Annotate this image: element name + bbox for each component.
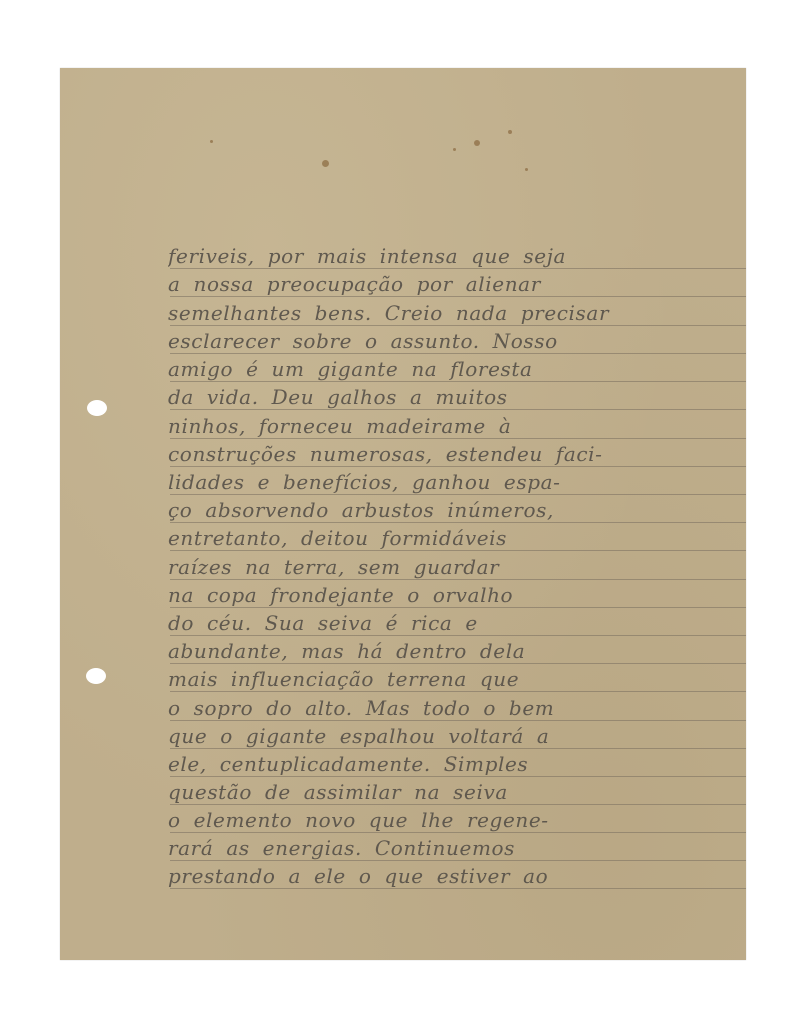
punch-hole-top (87, 400, 107, 416)
paper-stain (508, 130, 512, 134)
text-line: construções numerosas, estendeu faci- (168, 440, 743, 468)
text-line: a nossa preocupação por alienar (168, 270, 743, 298)
text-line: semelhantes bens. Creio nada precisar (168, 299, 743, 327)
text-line: o sopro do alto. Mas todo o bem (168, 694, 743, 722)
text-line: que o gigante espalhou voltará a (168, 722, 743, 750)
text-line: na copa frondejante o orvalho (168, 581, 743, 609)
paper-stain (474, 140, 480, 146)
text-line: prestando a ele o que estiver ao (168, 862, 743, 890)
paper-stain (210, 140, 213, 143)
text-line: raízes na terra, sem guardar (168, 553, 743, 581)
text-line: questão de assimilar na seiva (168, 778, 743, 806)
text-line: abundante, mas há dentro dela (168, 637, 743, 665)
text-line: o elemento novo que lhe regene- (168, 806, 743, 834)
paper-stain (525, 168, 528, 171)
text-line: amigo é um gigante na floresta (168, 355, 743, 383)
text-line: do céu. Sua seiva é rica e (168, 609, 743, 637)
text-line: lidades e benefícios, ganhou espa- (168, 468, 743, 496)
text-line: feriveis, por mais intensa que seja (168, 242, 743, 270)
paper-stain (453, 148, 456, 151)
paper-stain (322, 160, 329, 167)
text-line: ninhos, forneceu madeirame à (168, 412, 743, 440)
punch-hole-bottom (86, 668, 106, 684)
text-line: entretanto, deitou formidáveis (168, 524, 743, 552)
text-line: da vida. Deu galhos a muitos (168, 383, 743, 411)
text-line: ele, centuplicadamente. Simples (168, 750, 743, 778)
text-line: rará as energias. Continuemos (168, 834, 743, 862)
text-line: esclarecer sobre o assunto. Nosso (168, 327, 743, 355)
manuscript-page: feriveis, por mais intensa que seja a no… (60, 68, 746, 960)
text-line: mais influenciação terrena que (168, 665, 743, 693)
text-line: ço absorvendo arbustos inúmeros, (168, 496, 743, 524)
